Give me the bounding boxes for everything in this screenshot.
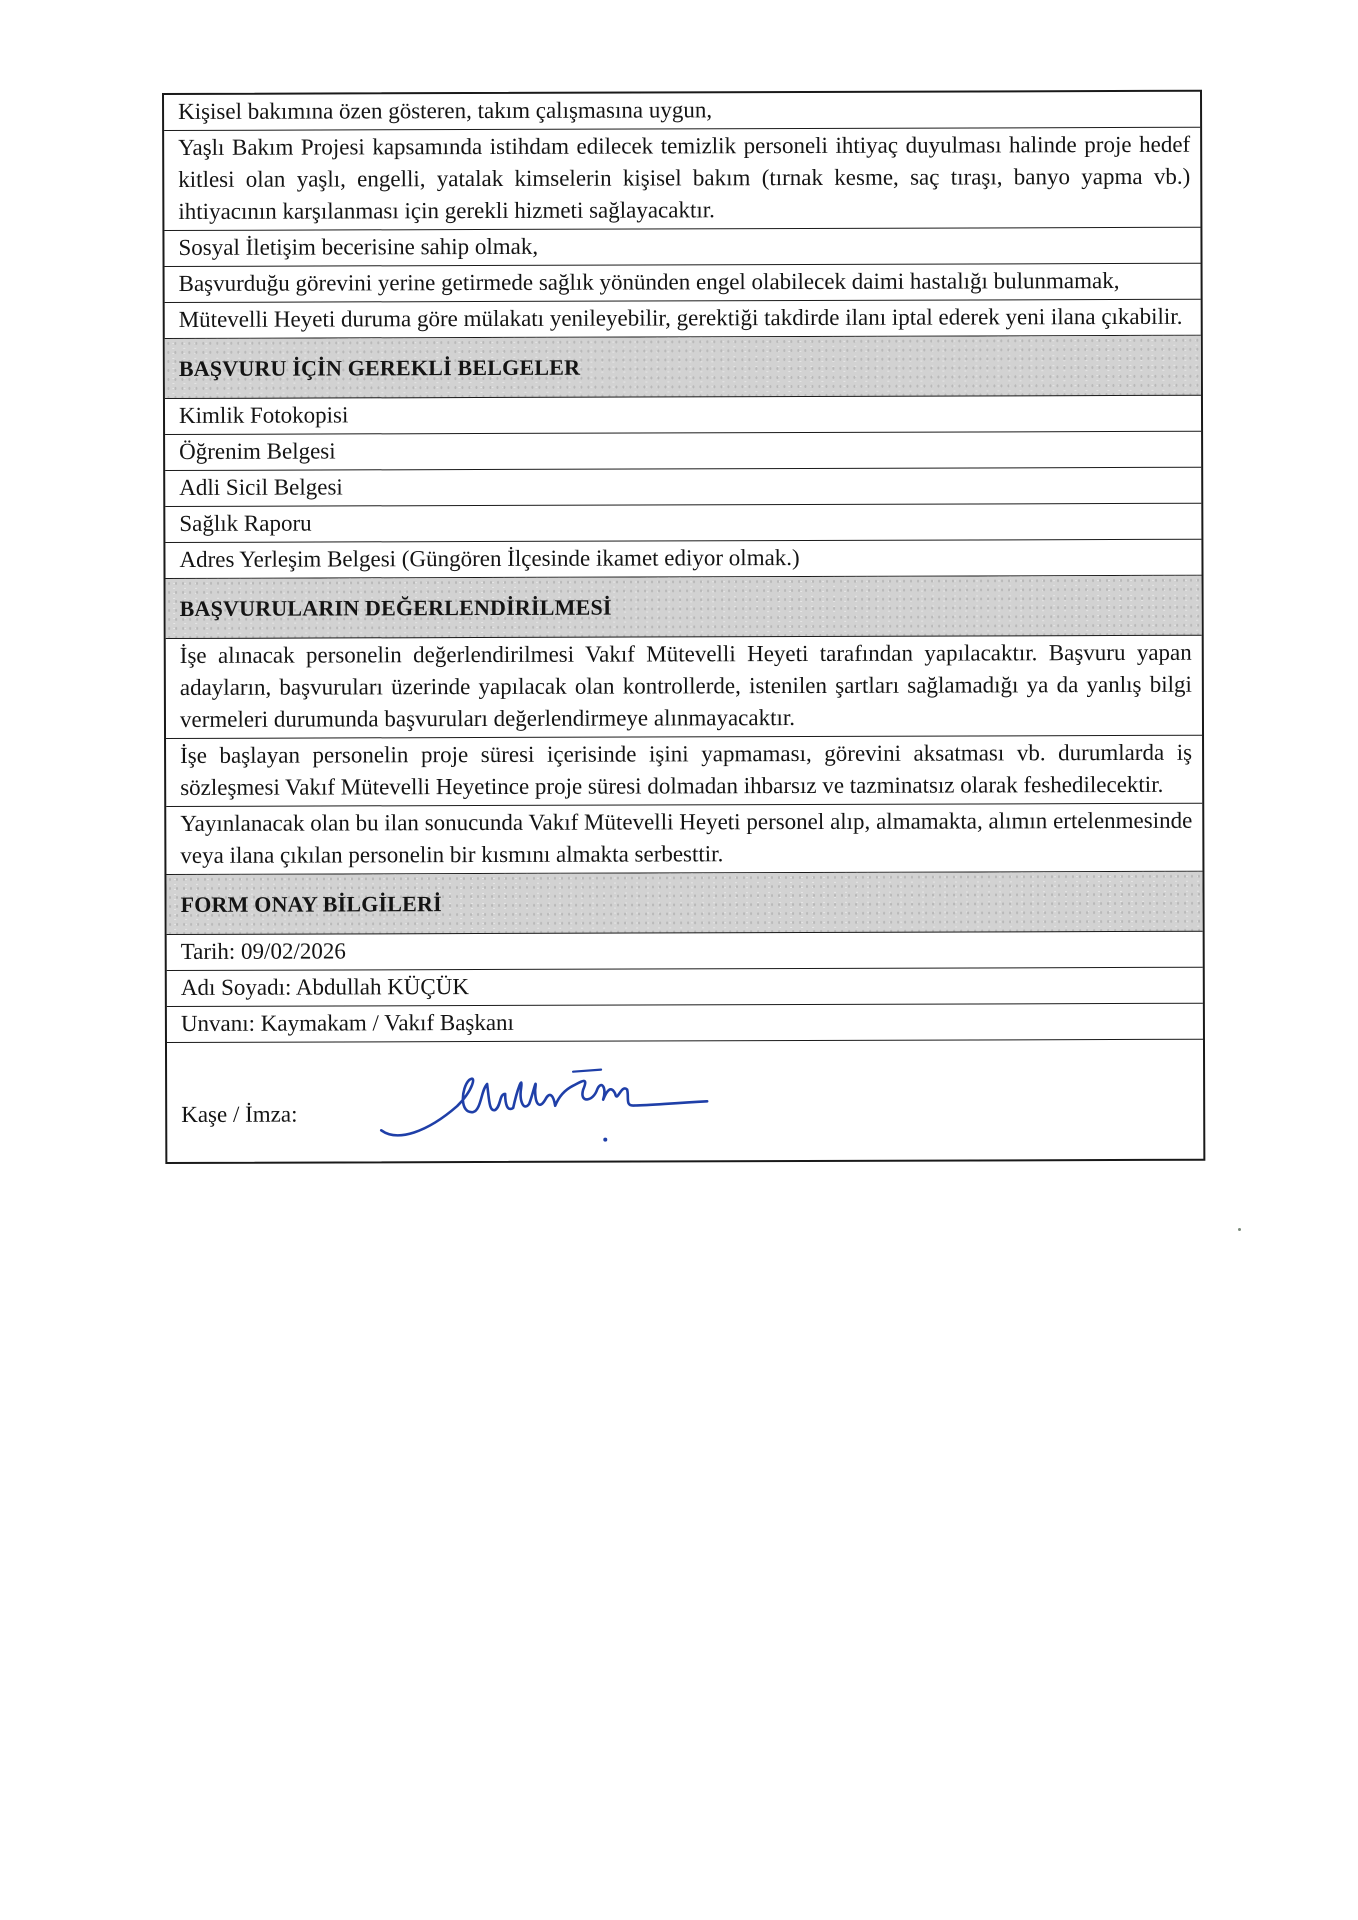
form-table: Kişisel bakımına özen gösteren, takım ça… (162, 90, 1205, 1164)
requirement-text: Sosyal İletişim becerisine sahip olmak, (178, 229, 1190, 264)
document-item-row: Öğrenim Belgesi (165, 432, 1201, 471)
requirement-text: Kişisel bakımına özen gösteren, takım ça… (178, 93, 1190, 128)
section-heading-required-documents: BAŞVURU İÇİN GEREKLİ BELGELER (165, 336, 1201, 399)
document-item: Sağlık Raporu (179, 511, 311, 536)
evaluation-paragraph: İşe başlayan personelin proje süresi içe… (180, 737, 1192, 804)
scan-speck (1238, 1228, 1241, 1231)
evaluation-paragraph-row: Yayınlanacak olan bu ilan sonucunda Vakı… (166, 804, 1202, 875)
approval-name-row: Adı Soyadı: Abdullah KÜÇÜK (167, 968, 1203, 1007)
requirement-row: Kişisel bakımına özen gösteren, takım ça… (164, 92, 1200, 131)
handwritten-signature-icon (377, 1059, 797, 1150)
approval-title-row: Unvanı: Kaymakam / Vakıf Başkanı (167, 1004, 1203, 1043)
approval-title: Unvanı: Kaymakam / Vakıf Başkanı (181, 1010, 514, 1036)
approval-date: Tarih: 09/02/2026 (181, 938, 346, 964)
document-item: Kimlik Fotokopisi (179, 402, 348, 428)
evaluation-paragraph-row: İşe başlayan personelin proje süresi içe… (166, 736, 1202, 807)
section-heading-text: FORM ONAY BİLGİLERİ (181, 891, 442, 917)
document-item-row: Kimlik Fotokopisi (165, 396, 1201, 435)
requirement-row: Başvurduğu görevini yerine getirmede sağ… (165, 264, 1201, 303)
document-item-row: Sağlık Raporu (165, 504, 1201, 543)
approval-name: Adı Soyadı: Abdullah KÜÇÜK (181, 974, 469, 1000)
section-heading-evaluation: BAŞVURULARIN DEĞERLENDİRİLMESİ (166, 576, 1202, 639)
requirement-text: Mütevelli Heyeti duruma göre mülakatı ye… (179, 301, 1191, 336)
signature-label: Kaşe / İmza: (181, 1099, 297, 1131)
section-heading-text: BAŞVURU İÇİN GEREKLİ BELGELER (179, 355, 580, 381)
section-heading-text: BAŞVURULARIN DEĞERLENDİRİLMESİ (180, 595, 612, 621)
evaluation-paragraph: İşe alınacak personelin değerlendirilmes… (180, 637, 1192, 736)
approval-date-row: Tarih: 09/02/2026 (167, 932, 1203, 971)
evaluation-paragraph-row: İşe alınacak personelin değerlendirilmes… (166, 636, 1202, 739)
evaluation-paragraph: Yayınlanacak olan bu ilan sonucunda Vakı… (180, 805, 1192, 872)
document-item-row: Adli Sicil Belgesi (165, 468, 1201, 507)
requirement-row: Yaşlı Bakım Projesi kapsamında istihdam … (164, 128, 1200, 231)
section-heading-approval: FORM ONAY BİLGİLERİ (166, 872, 1202, 935)
requirement-row: Mütevelli Heyeti duruma göre mülakatı ye… (165, 300, 1201, 339)
signature-row: Kaşe / İmza: (167, 1040, 1203, 1162)
document-item: Adres Yerleşim Belgesi (Güngören İlçesin… (179, 545, 799, 572)
requirement-text: Başvurduğu görevini yerine getirmede sağ… (179, 265, 1191, 300)
document-item-row: Adres Yerleşim Belgesi (Güngören İlçesin… (165, 540, 1201, 579)
requirement-row: Sosyal İletişim becerisine sahip olmak, (164, 228, 1200, 267)
document-item: Öğrenim Belgesi (179, 438, 336, 463)
document-item: Adli Sicil Belgesi (179, 474, 343, 500)
requirement-text: Yaşlı Bakım Projesi kapsamında istihdam … (178, 129, 1190, 228)
